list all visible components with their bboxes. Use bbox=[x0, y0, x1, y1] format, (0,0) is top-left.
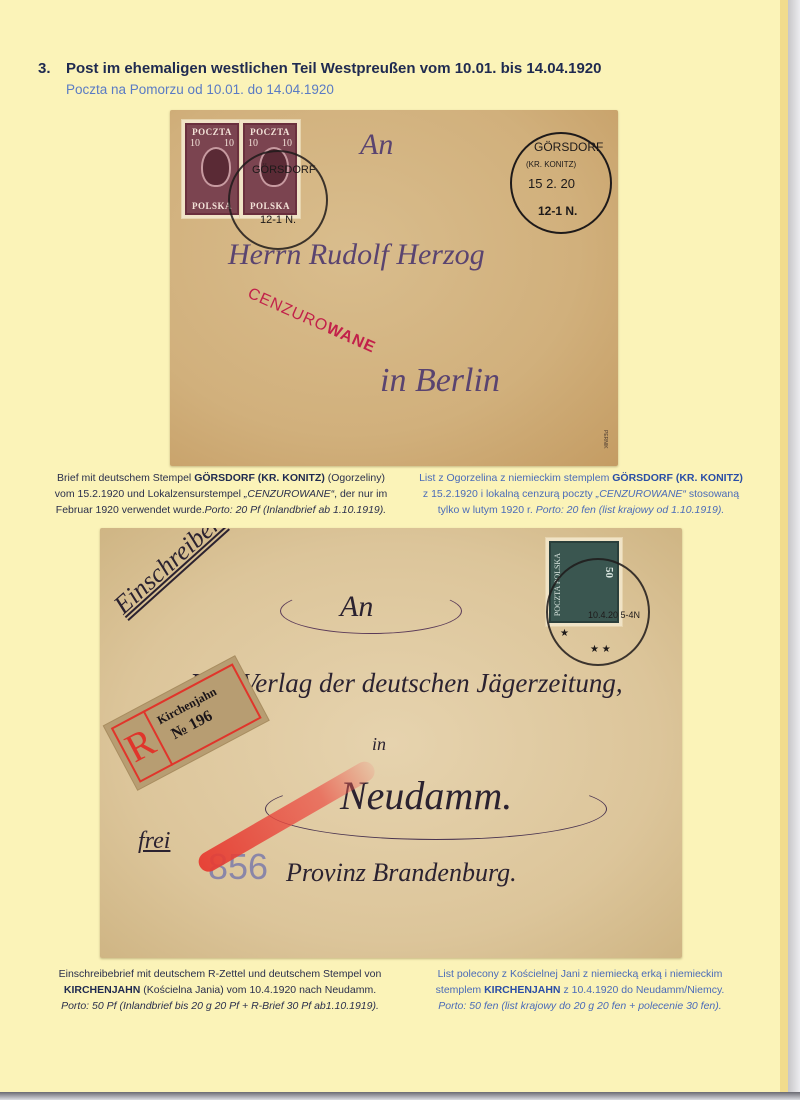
scanner-border-right bbox=[788, 0, 800, 1100]
address-line-in: in bbox=[372, 734, 386, 755]
page-edge bbox=[780, 0, 788, 1092]
postmark-tying-stamps: GÖRSDORF 12-1 N. bbox=[228, 150, 328, 250]
section-number: 3. bbox=[38, 60, 51, 77]
postmark-kirchenjahn: 10.4.20 5-4N ★ ★ ★ bbox=[546, 558, 650, 666]
eagle-emblem-icon bbox=[201, 147, 231, 187]
postmark-gorsdorf: GÖRSDORF (KR. KONITZ) 15 2. 20 12-1 N. bbox=[510, 132, 612, 234]
caption-cover1-de: Brief mit deutschem Stempel GÖRSDORF (KR… bbox=[40, 470, 402, 518]
cover-gorsdorf: POCZTA 10 10 POLSKA POCZTA 10 10 POLSKA … bbox=[170, 110, 618, 466]
address-line-name: Herrn Rudolf Herzog bbox=[228, 238, 485, 272]
address-line-city: in Berlin bbox=[380, 362, 500, 400]
franking-note-frei: frei bbox=[138, 828, 170, 855]
section-title-pl: Poczta na Pomorzu od 10.01. do 14.04.192… bbox=[66, 82, 334, 97]
address-line-province: Provinz Brandenburg. bbox=[286, 858, 517, 888]
registration-label: R Kirchenjahn № 196 bbox=[104, 657, 268, 790]
printer-mark: PERNIK bbox=[602, 430, 608, 449]
caption-cover2-pl: List polecony z Kościelnej Jani z niemie… bbox=[400, 966, 760, 1014]
caption-cover2-de: Einschreibebrief mit deutschem R-Zettel … bbox=[30, 966, 410, 1014]
censor-mark-cenzurowane: CENZUROWANE bbox=[245, 285, 378, 358]
caption-cover1-pl: List z Ogorzelina z niemieckim stemplem … bbox=[408, 470, 754, 518]
cover-kirchenjahn: Einschreiben POCZTA POLSKA 50 10.4.20 5-… bbox=[100, 528, 682, 958]
routing-note-einschreiben: Einschreiben bbox=[108, 528, 229, 620]
section-title-de: Post im ehemaligen westlichen Teil Westp… bbox=[66, 60, 602, 77]
address-flourish bbox=[280, 588, 462, 634]
scanner-border-bottom bbox=[0, 1092, 800, 1100]
address-line-an: An bbox=[360, 128, 393, 162]
album-page: 3. Post im ehemaligen westlichen Teil We… bbox=[0, 0, 785, 1092]
